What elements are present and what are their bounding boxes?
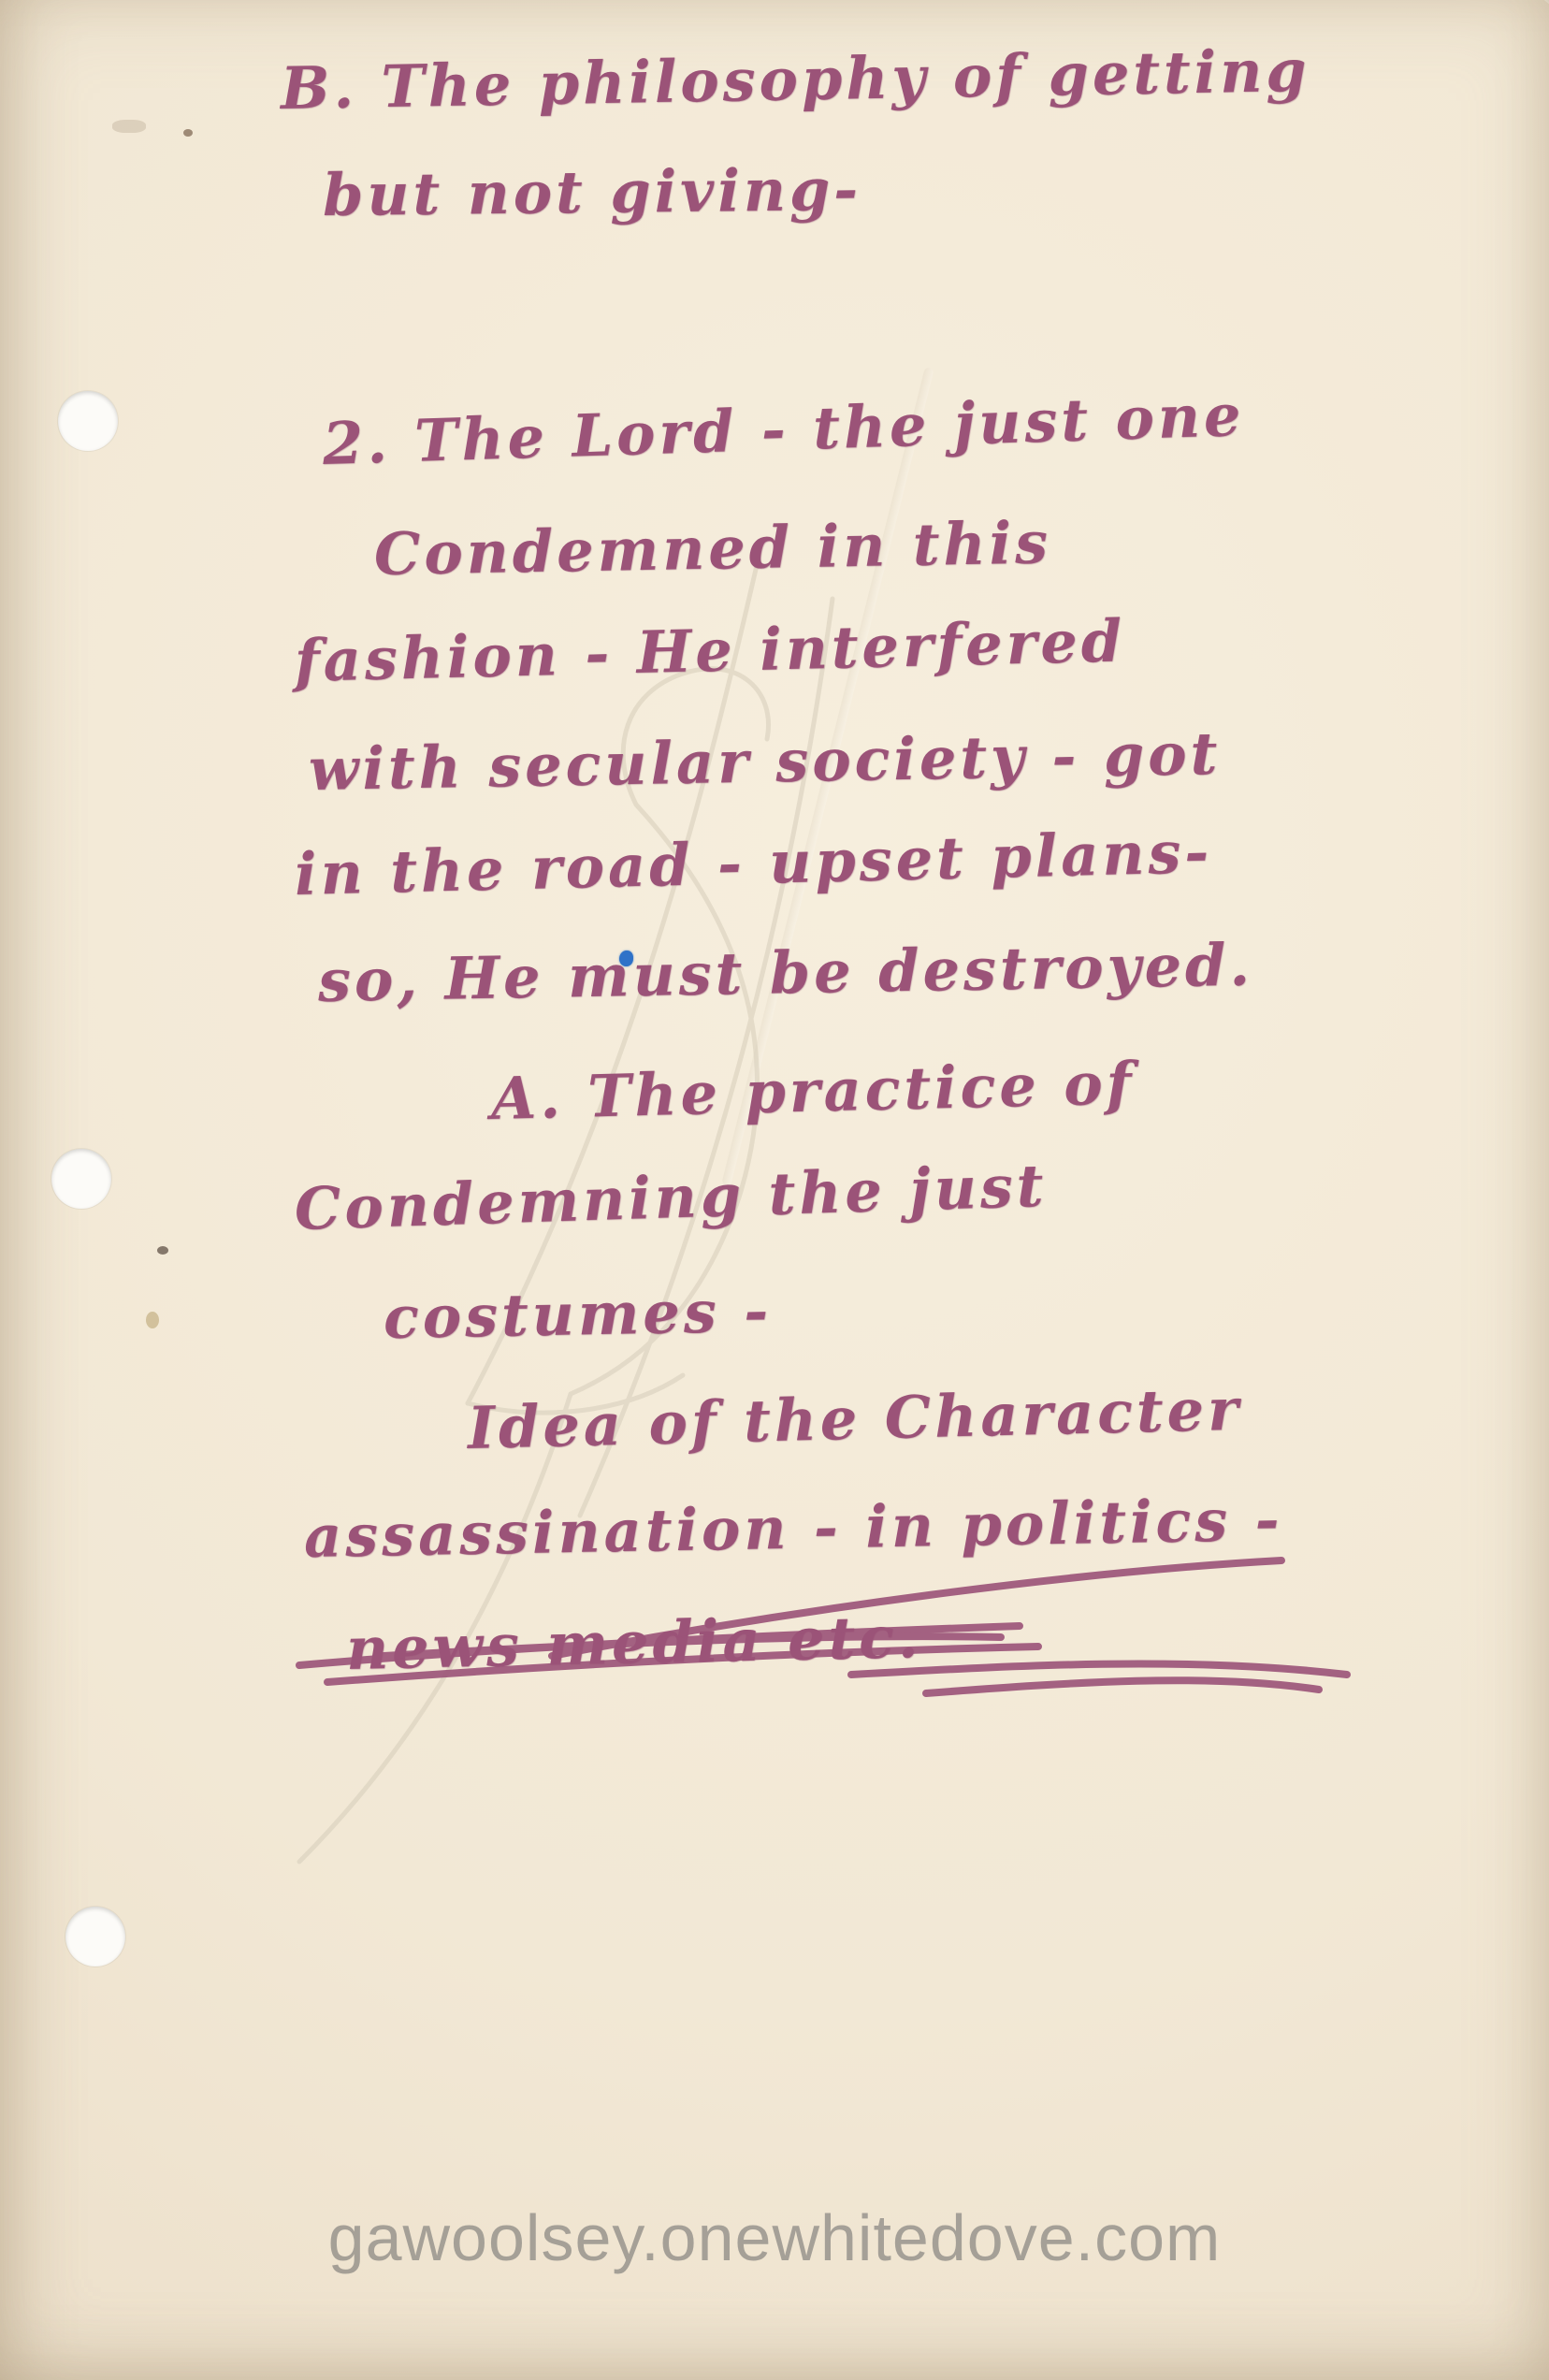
paper-chip	[112, 120, 146, 133]
paper-speck	[146, 1312, 159, 1328]
paper-speck	[183, 129, 193, 137]
handwritten-line: costumes -	[383, 1277, 772, 1352]
handwritten-line: 2. The Lord - the just one	[322, 381, 1245, 478]
handwritten-line: B. The philosophy of getting	[280, 36, 1310, 123]
scanned-note-page: B. The philosophy of getting but not giv…	[0, 0, 1549, 2380]
punch-hole	[65, 1907, 125, 1966]
site-watermark: gawoolsey.onewhitedove.com	[0, 2200, 1549, 2275]
punch-hole	[51, 1149, 111, 1209]
punch-hole	[58, 391, 118, 451]
handwritten-line: Condemned in this	[373, 508, 1051, 588]
paper-speck	[157, 1246, 168, 1255]
strikethrough-scribble	[271, 1516, 1394, 1721]
handwritten-line: but not giving-	[323, 155, 862, 229]
